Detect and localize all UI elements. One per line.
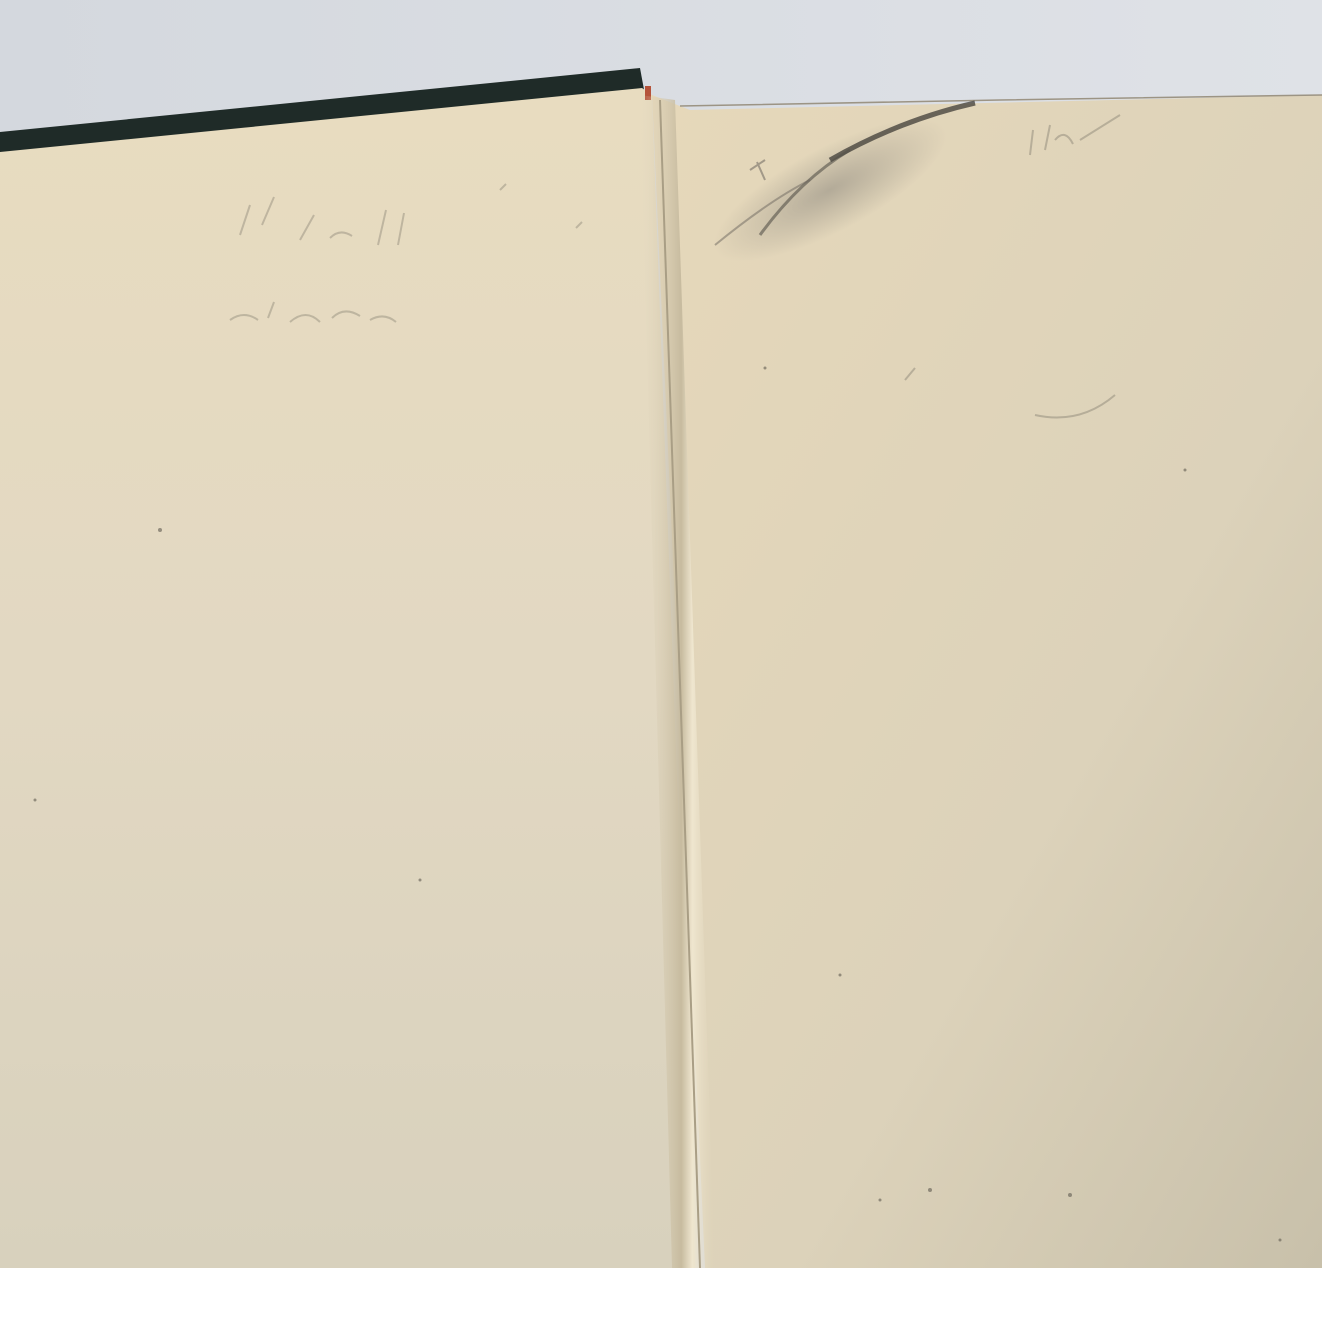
left-endpaper xyxy=(0,88,695,1268)
book-photograph xyxy=(0,0,1322,1268)
right-endpaper xyxy=(652,95,1322,1268)
